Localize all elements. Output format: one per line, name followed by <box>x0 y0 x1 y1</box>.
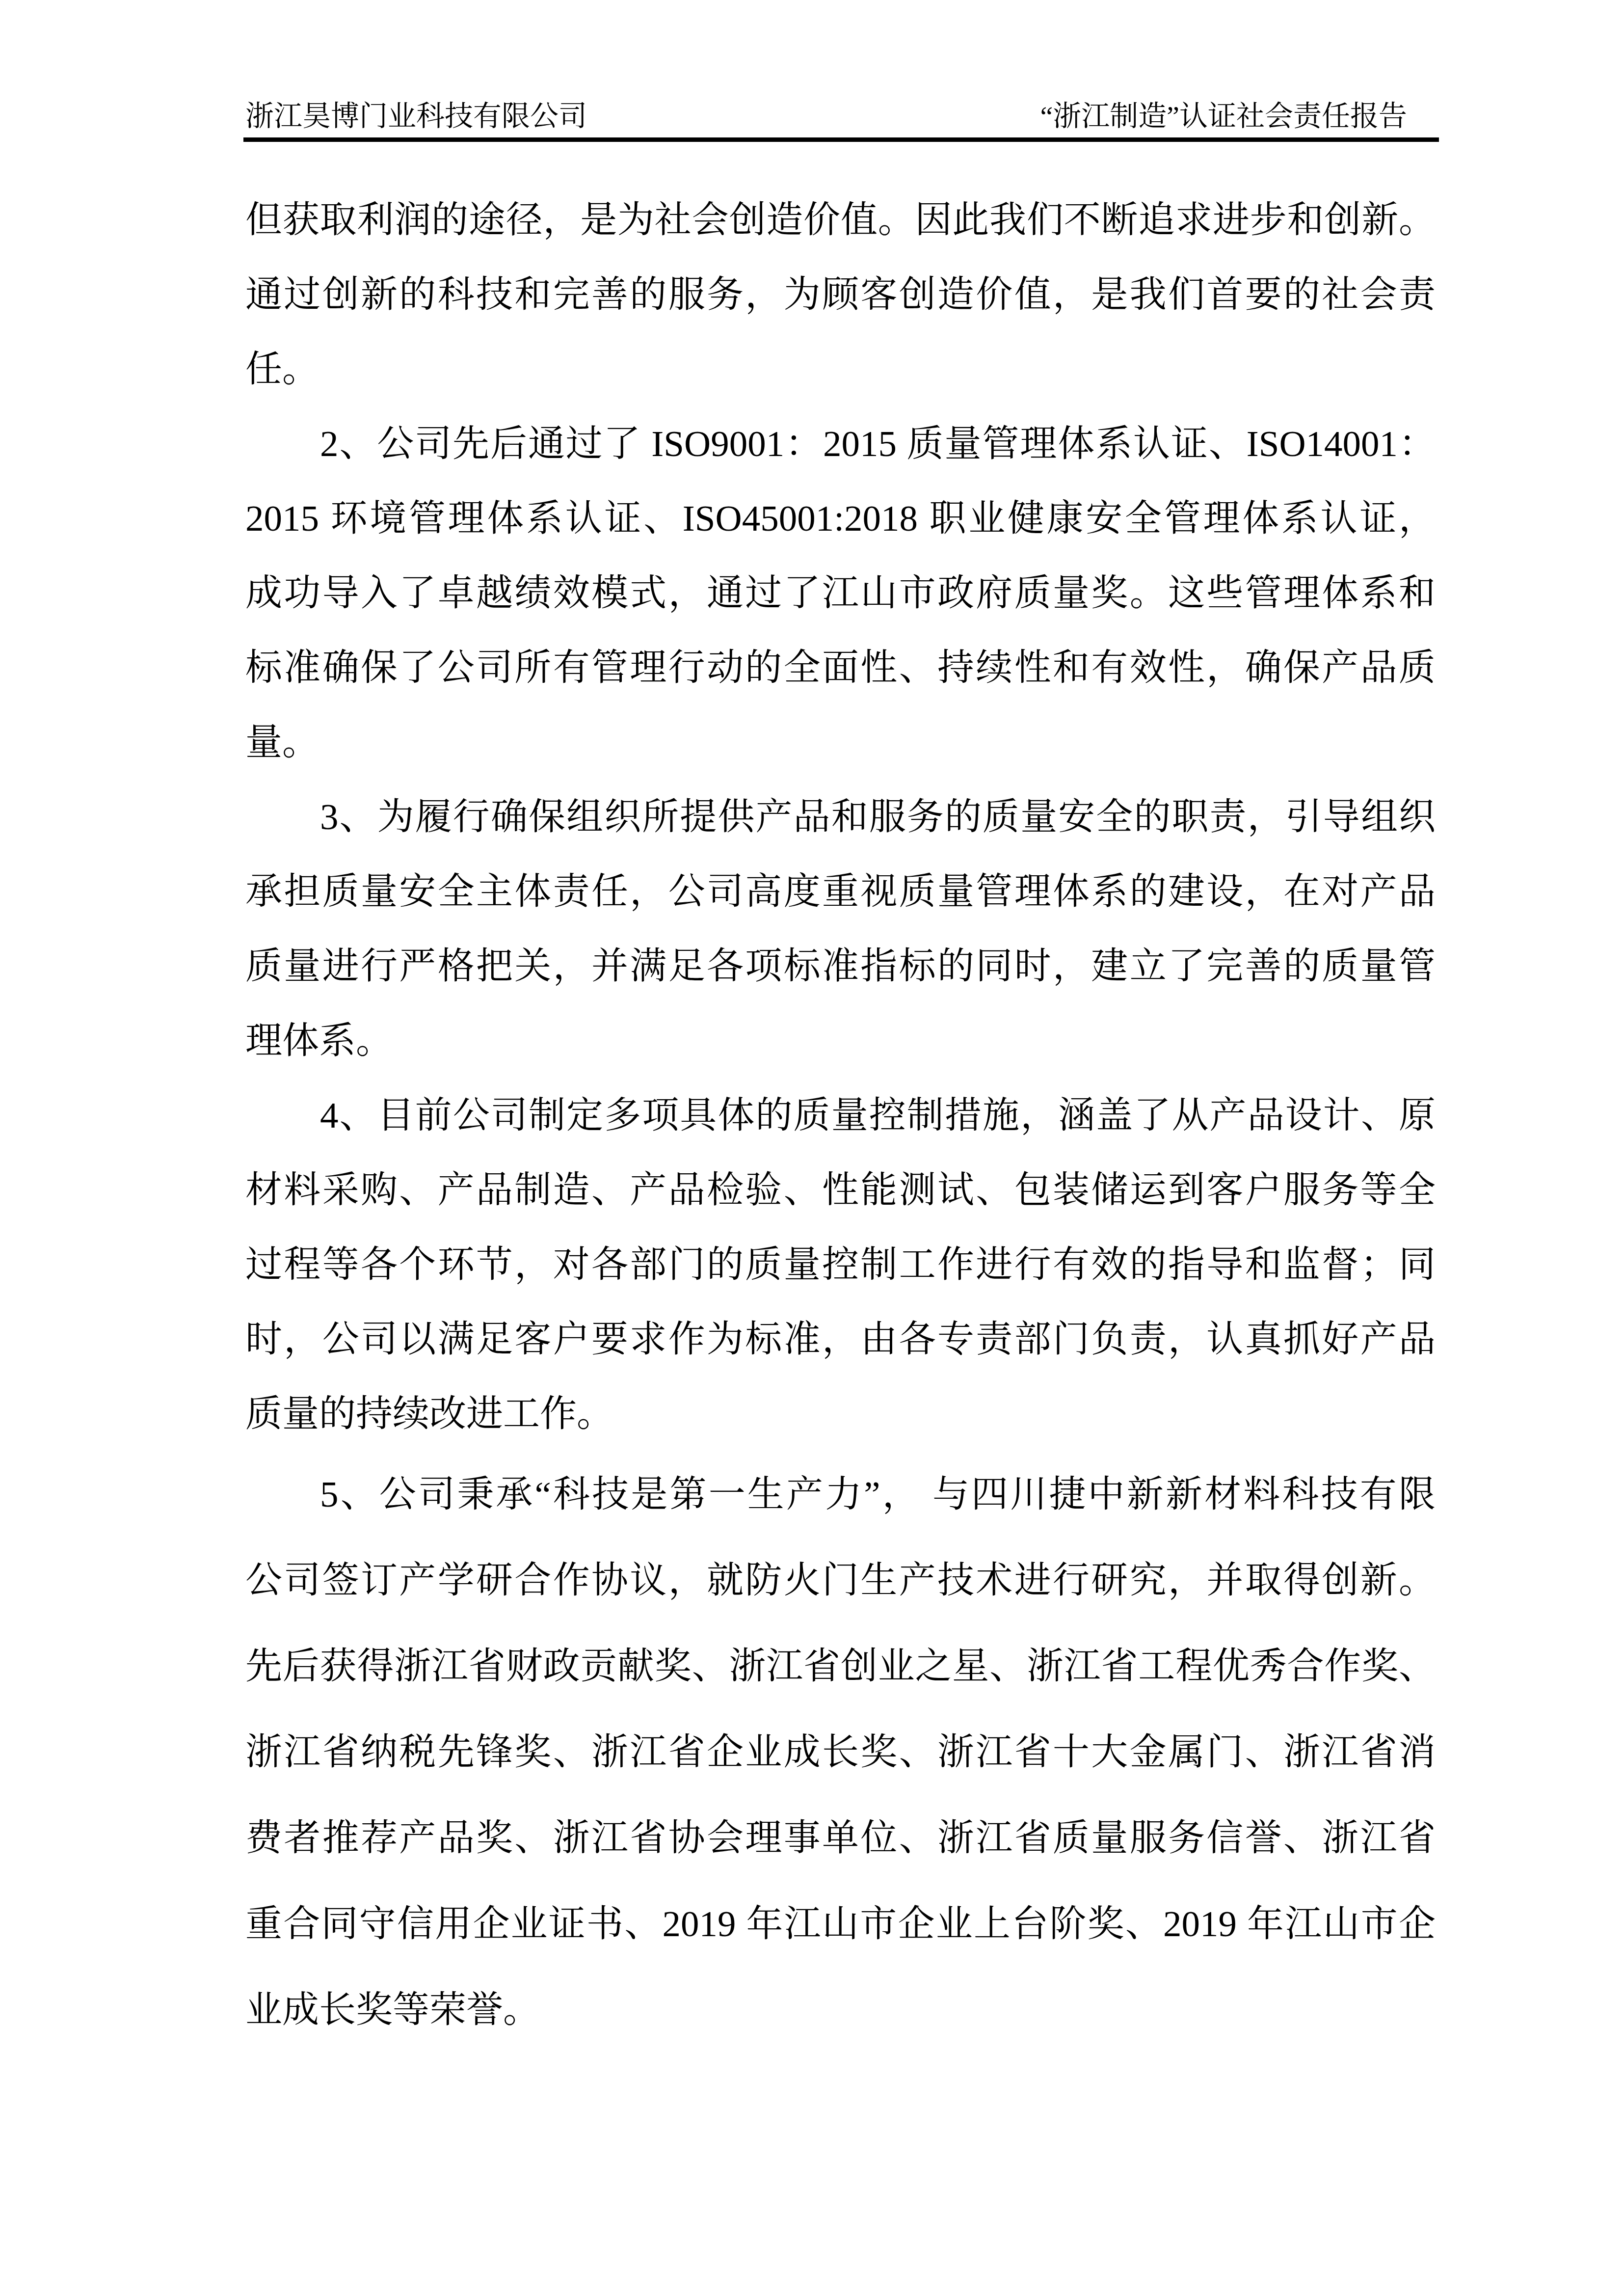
paragraph: 2、公司先后通过了 ISO9001：2015 质量管理体系认证、ISO14001… <box>245 407 1436 780</box>
text-line: 材料采购、产品制造、产品检验、性能测试、包装储运到客户服务等全 <box>245 1153 1436 1228</box>
text-line: 通过创新的科技和完善的服务，为顾客创造价值，是我们首要的社会责 <box>245 258 1436 332</box>
text-line: 量。 <box>245 705 1436 780</box>
text-line: 2015 环境管理体系认证、ISO45001:2018 职业健康安全管理体系认证… <box>245 482 1436 556</box>
page-header: 浙江昊博门业科技有限公司 “浙江制造”认证社会责任报告 <box>245 97 1436 134</box>
document-body: 但获取利润的途径，是为社会创造价值。因此我们不断追求进步和创新。通过创新的科技和… <box>245 183 1436 2053</box>
text-line: 3、为履行确保组织所提供产品和服务的质量安全的职责，引导组织 <box>245 780 1436 855</box>
text-line: 业成长奖等荣誉。 <box>245 1967 1436 2053</box>
paragraph: 4、目前公司制定多项具体的质量控制措施，涵盖了从产品设计、原材料采购、产品制造、… <box>245 1079 1436 1452</box>
text-line: 浙江省纳税先锋奖、浙江省企业成长奖、浙江省十大金属门、浙江省消 <box>245 1709 1436 1795</box>
text-line: 公司签订产学研合作协议，就防火门生产技术进行研究，并取得创新。 <box>245 1538 1436 1623</box>
text-line: 承担质量安全主体责任，公司高度重视质量管理体系的建设，在对产品 <box>245 855 1436 929</box>
text-line: 任。 <box>245 332 1436 407</box>
text-line: 4、目前公司制定多项具体的质量控制措施，涵盖了从产品设计、原 <box>245 1079 1436 1153</box>
text-line: 时，公司以满足客户要求作为标准，由各专责部门负责，认真抓好产品 <box>245 1302 1436 1377</box>
text-line: 理体系。 <box>245 1004 1436 1079</box>
paragraph: 3、为履行确保组织所提供产品和服务的质量安全的职责，引导组织承担质量安全主体责任… <box>245 780 1436 1079</box>
text-line: 费者推荐产品奖、浙江省协会理事单位、浙江省质量服务信誉、浙江省 <box>245 1795 1436 1881</box>
text-line: 先后获得浙江省财政贡献奖、浙江省创业之星、浙江省工程优秀合作奖、 <box>245 1623 1436 1709</box>
text-line: 过程等各个环节，对各部门的质量控制工作进行有效的指导和监督；同 <box>245 1228 1436 1302</box>
text-line: 重合同守信用企业证书、2019 年江山市企业上台阶奖、2019 年江山市企 <box>245 1881 1436 1967</box>
text-line: 成功导入了卓越绩效模式，通过了江山市政府质量奖。这些管理体系和 <box>245 556 1436 631</box>
header-report-title: “浙江制造”认证社会责任报告 <box>1040 99 1436 134</box>
text-line: 质量的持续改进工作。 <box>245 1377 1436 1452</box>
paragraph: 但获取利润的途径，是为社会创造价值。因此我们不断追求进步和创新。通过创新的科技和… <box>245 183 1436 407</box>
header-company-name: 浙江昊博门业科技有限公司 <box>245 99 587 134</box>
text-line: 质量进行严格把关，并满足各项标准指标的同时，建立了完善的质量管 <box>245 929 1436 1004</box>
text-line: 但获取利润的途径，是为社会创造价值。因此我们不断追求进步和创新。 <box>245 183 1436 258</box>
text-line: 2、公司先后通过了 ISO9001：2015 质量管理体系认证、ISO14001… <box>245 407 1436 482</box>
text-line: 5、公司秉承“科技是第一生产力”， 与四川捷中新新材料科技有限 <box>245 1452 1436 1538</box>
document-page: 浙江昊博门业科技有限公司 “浙江制造”认证社会责任报告 但获取利润的途径，是为社… <box>0 0 1623 2296</box>
header-rule <box>243 137 1439 142</box>
paragraph: 5、公司秉承“科技是第一生产力”， 与四川捷中新新材料科技有限公司签订产学研合作… <box>245 1452 1436 2053</box>
text-line: 标准确保了公司所有管理行动的全面性、持续性和有效性，确保产品质 <box>245 631 1436 705</box>
